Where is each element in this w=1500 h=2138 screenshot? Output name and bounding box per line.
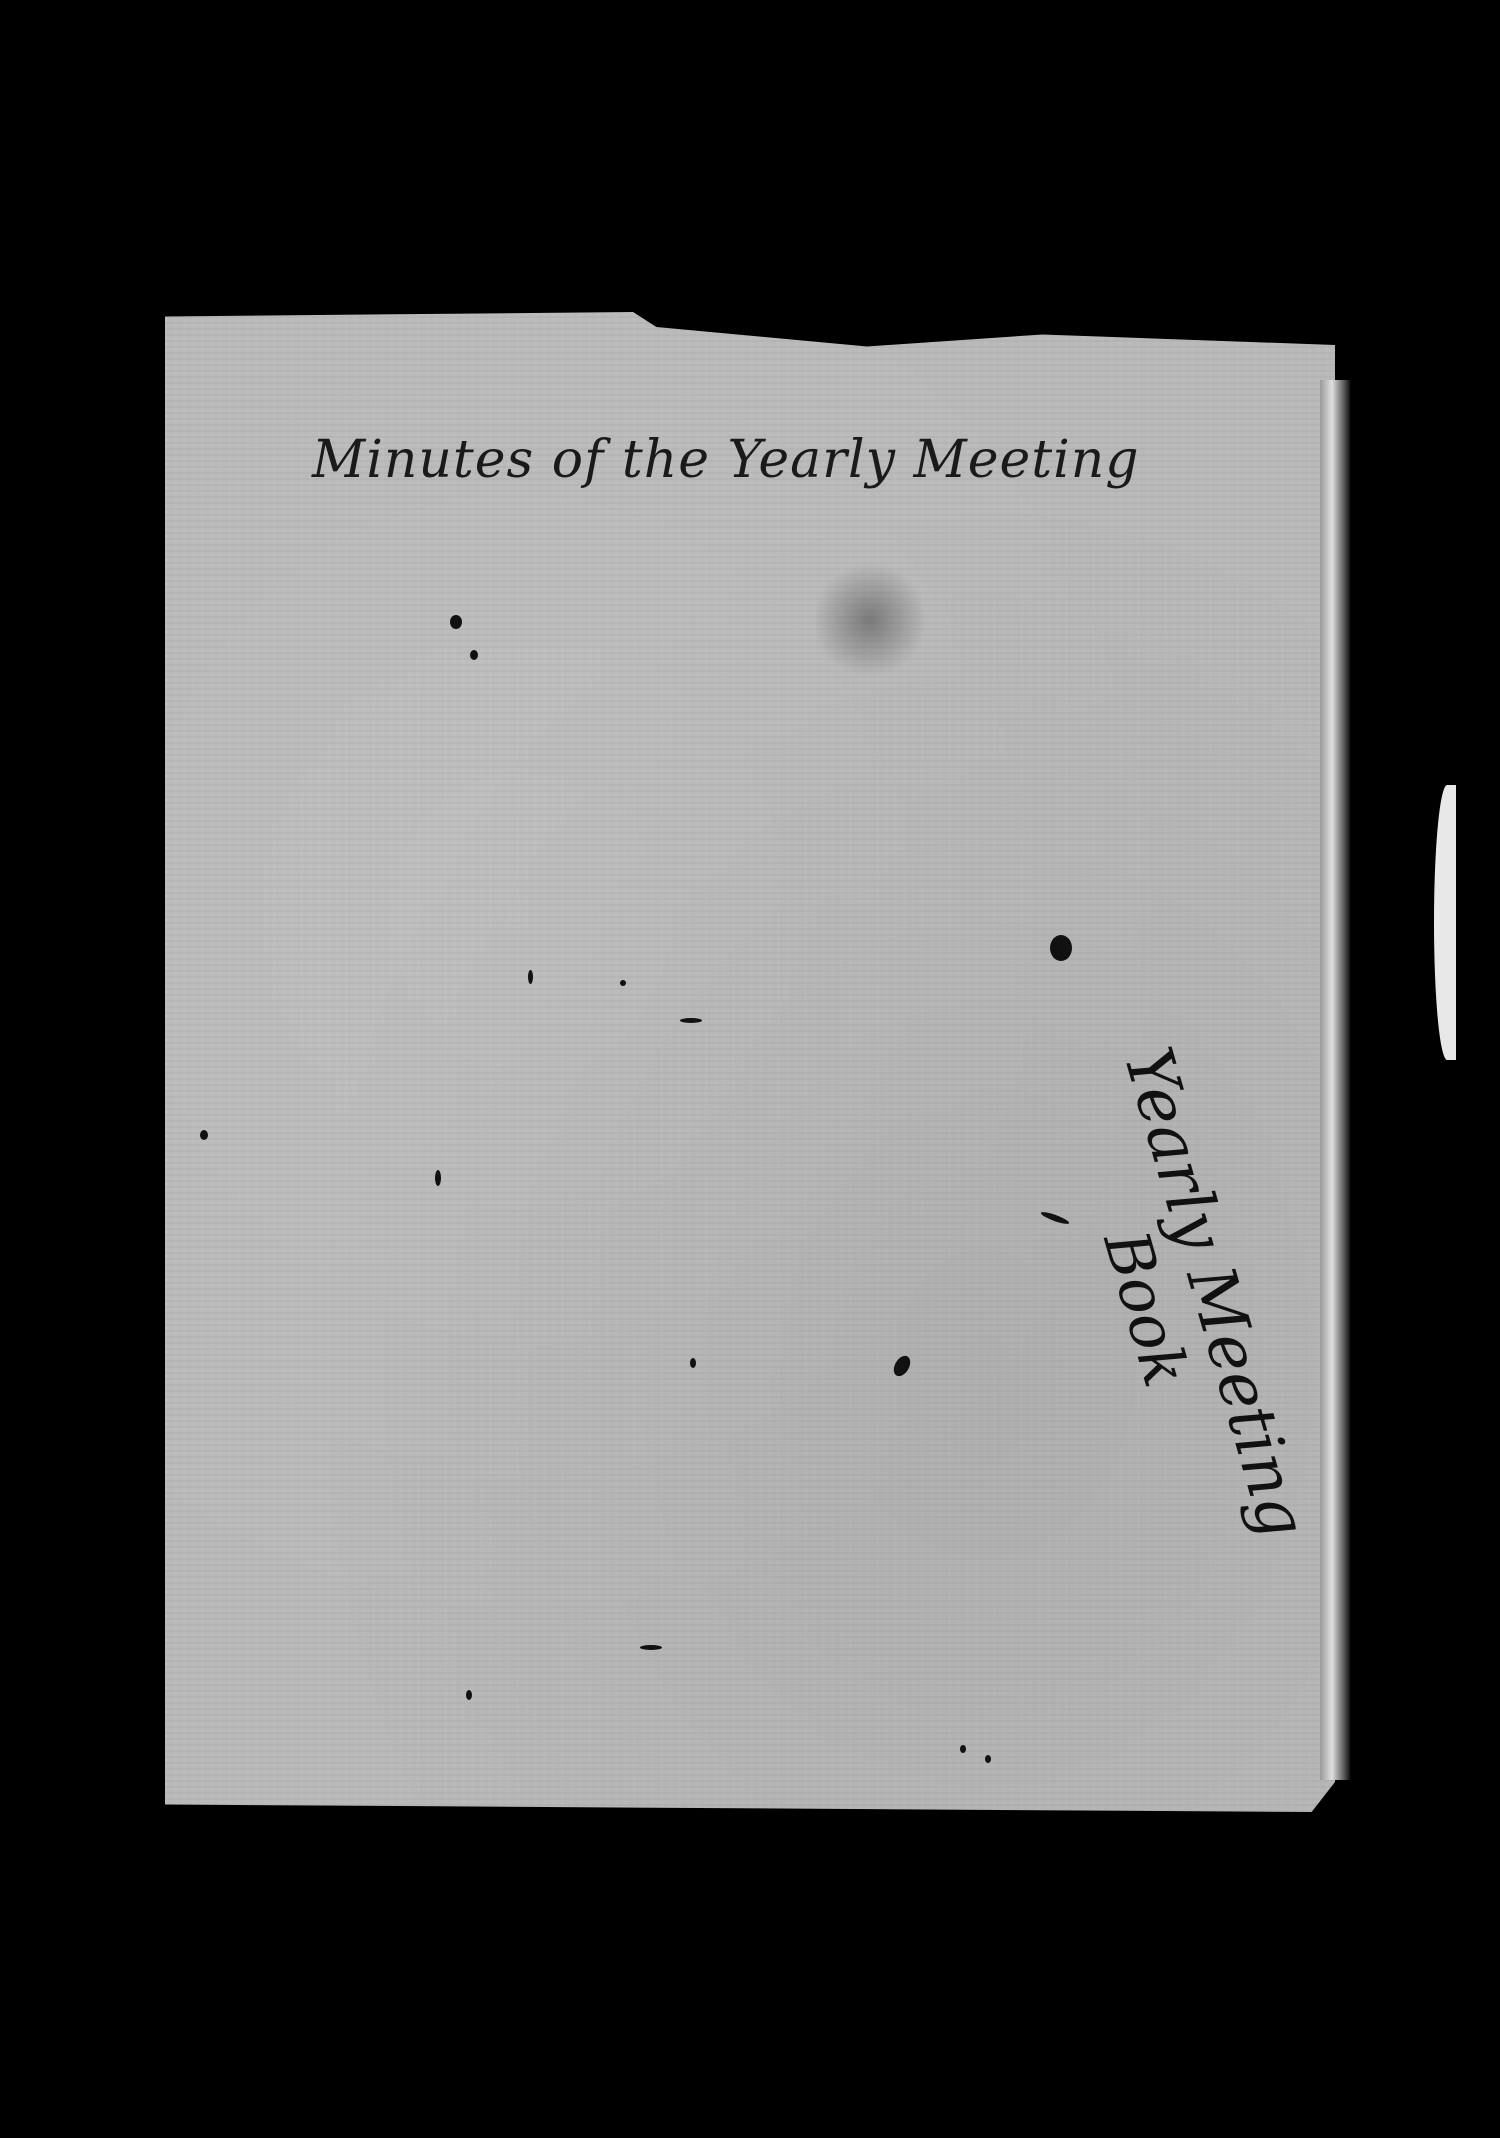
paper-tab [1434,785,1456,1060]
ink-speck [960,1745,966,1753]
ink-speck [200,1130,208,1140]
ink-blot [1050,935,1072,961]
ink-speck [470,650,478,660]
ink-dash [640,1645,662,1650]
ink-speck [466,1690,472,1700]
ink-speck [450,615,462,629]
ink-dash [680,1018,702,1023]
ink-speck [620,980,626,986]
cover-title: Minutes of the Yearly Meeting [312,430,1140,490]
ink-stain [815,560,925,680]
book-spine-edge [1320,380,1350,1780]
ink-speck [690,1358,696,1368]
ink-speck [435,1170,441,1186]
ink-speck [985,1755,991,1763]
ink-speck [528,970,533,984]
faded-text [620,585,633,631]
